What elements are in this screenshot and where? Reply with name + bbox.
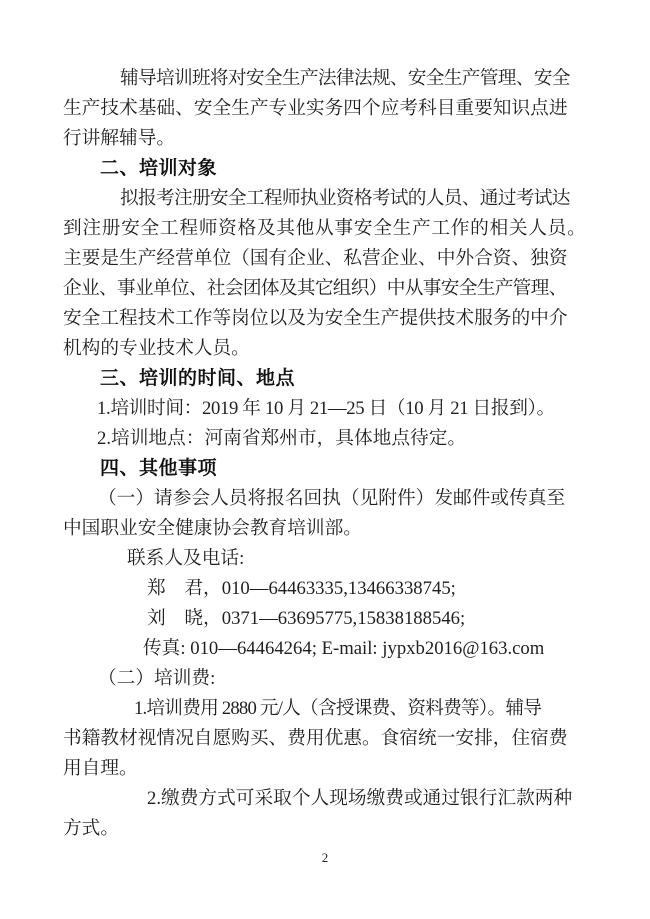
- contact-zheng-jun: 郑 君，010—64463335,13466338745;: [63, 574, 575, 604]
- intro-line: 辅导培训班将对安全生产法律法规、安全生产管理、安全: [63, 64, 575, 94]
- payment-line: 2.缴费方式可采取个人现场缴费或通过银行汇款两种: [63, 784, 575, 814]
- fee-line: 书籍教材视情况自愿购买、费用优惠。食宿统一安排，住宿费: [63, 724, 575, 754]
- section-3-heading: 三、培训的时间、地点: [63, 364, 575, 394]
- item-1-line: （一）请参会人员将报名回执（见附件）发邮件或传真至: [63, 484, 575, 514]
- document-body: 辅导培训班将对安全生产法律法规、安全生产管理、安全 生产技术基础、安全生产专业实…: [63, 64, 575, 844]
- section-2-line: 主要是生产经营单位（国有企业、私营企业、中外合资、独资: [63, 244, 575, 274]
- payment-line: 方式。: [63, 814, 575, 844]
- section-2-line: 拟报考注册安全工程师执业资格考试的人员、通过考试达: [63, 184, 575, 214]
- section-2-line: 企业、事业单位、社会团体及其它组织）中从事安全生产管理、: [63, 274, 575, 304]
- section-2-line: 到注册安全工程师资格及其他从事安全生产工作的相关人员。: [63, 214, 575, 244]
- item-1-line: 中国职业安全健康协会教育培训部。: [63, 514, 575, 544]
- intro-line: 生产技术基础、安全生产专业实务四个应考科目重要知识点进: [63, 94, 575, 124]
- section-4-heading: 四、其他事项: [63, 454, 575, 484]
- section-2-line: 机构的专业技术人员。: [63, 334, 575, 364]
- fax-email-line: 传真: 010—64464264; E-mail: jypxb2016@163.…: [63, 634, 575, 664]
- section-2-heading: 二、培训对象: [63, 154, 575, 184]
- item-2-label: （二）培训费:: [63, 664, 575, 694]
- training-time-line: 1.培训时间：2019 年 10 月 21—25 日（10 月 21 日报到）。: [63, 394, 575, 424]
- training-place-line: 2.培训地点：河南省郑州市，具体地点待定。: [63, 424, 575, 454]
- intro-line: 行讲解辅导。: [63, 124, 575, 154]
- fee-line: 用自理。: [63, 754, 575, 784]
- document-page: 辅导培训班将对安全生产法律法规、安全生产管理、安全 生产技术基础、安全生产专业实…: [0, 0, 650, 919]
- page-number: 2: [0, 849, 650, 867]
- section-2-line: 安全工程技术工作等岗位以及为安全生产提供技术服务的中介: [63, 304, 575, 334]
- fee-line: 1.培训费用 2880 元/人（含授课费、资料费等）。辅导: [63, 694, 575, 724]
- contact-liu-xiao: 刘 晓，0371—63695775,15838188546;: [63, 604, 575, 634]
- contact-label: 联系人及电话:: [63, 544, 575, 574]
